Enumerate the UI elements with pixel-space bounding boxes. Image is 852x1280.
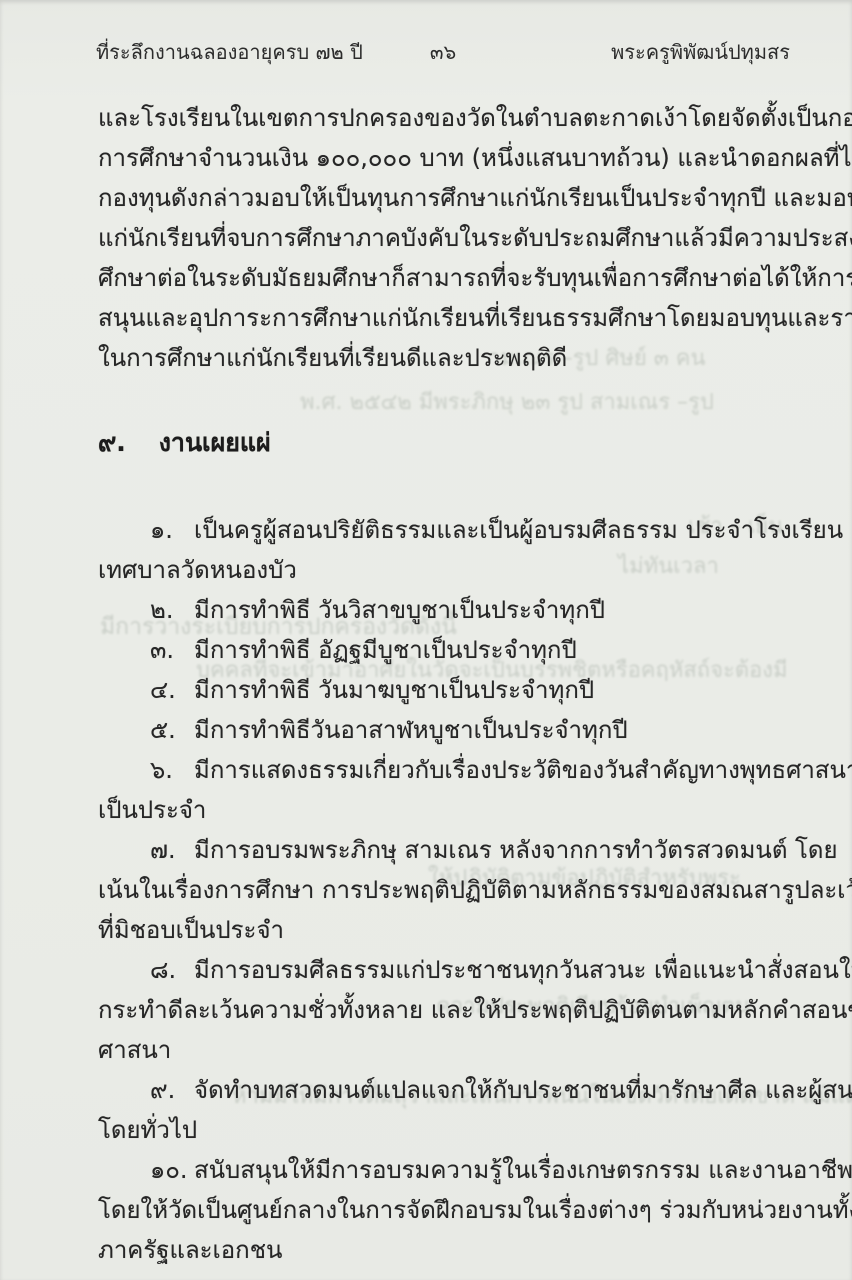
- item-continuation-line: ภาครัฐและเอกชน: [98, 1230, 790, 1270]
- list-item: ๗.มีการอบรมพระภิกษุ สามเณร หลังจากการทำว…: [98, 830, 790, 950]
- header-right-title: พระครูพิพัฒน์ปทุมสร: [456, 36, 790, 68]
- paragraph: และโรงเรียนในเขตการปกครองของวัดในตำบลตะก…: [98, 98, 790, 378]
- item-number: ๑.: [150, 510, 194, 550]
- list-item: ๑๐.สนับสนุนให้มีการอบรมความรู้ในเรื่องเก…: [98, 1150, 790, 1270]
- item-number: ๒.: [150, 590, 194, 630]
- section-heading: ๙. งานเผยแผ่: [98, 423, 790, 463]
- item-text: มีการอบรมพระภิกษุ สามเณร หลังจากการทำวัต…: [194, 836, 838, 864]
- item-first-line: ๑๐.สนับสนุนให้มีการอบรมความรู้ในเรื่องเก…: [98, 1150, 790, 1190]
- item-continuation-line: กระทำดีละเว้นความชั่วทั้งหลาย และให้ประพ…: [98, 990, 790, 1030]
- item-continuation-line: ที่มิชอบเป็นประจำ: [98, 910, 790, 950]
- item-continuation-line: ศาสนา: [98, 1030, 790, 1070]
- item-number: ๓.: [150, 630, 194, 670]
- item-first-line: ๗.มีการอบรมพระภิกษุ สามเณร หลังจากการทำว…: [98, 830, 790, 870]
- item-first-line: ๒.มีการทำพิธี วันวิสาขบูชาเป็นประจำทุกปี: [98, 590, 790, 630]
- item-first-line: ๘.มีการอบรมศีลธรรมแก่ประชาชนทุกวันสวนะ เ…: [98, 950, 790, 990]
- item-text: เป็นครูผู้สอนปริยัติธรรมและเป็นผู้อบรมศี…: [194, 516, 843, 544]
- item-text: มีการทำพิธีวันอาสาฬหบูชาเป็นประจำทุกปี: [194, 716, 628, 744]
- paragraph-line: ในการศึกษาแก่นักเรียนที่เรียนดีและประพฤต…: [98, 338, 790, 378]
- item-text: มีการทำพิธี วันมาฆบูชาเป็นประจำทุกปี: [194, 676, 594, 704]
- item-text: สนับสนุนให้มีการอบรมความรู้ในเรื่องเกษตร…: [194, 1156, 852, 1184]
- item-continuation-line: เทศบาลวัดหนองบัว: [98, 550, 790, 590]
- item-first-line: ๕.มีการทำพิธีวันอาสาฬหบูชาเป็นประจำทุกปี: [98, 710, 790, 750]
- scanned-document-page: ามเณร –รูป ศิษย์ ๓ คน พ.ศ. ๒๕๔๒ มีพระภิก…: [0, 0, 852, 1280]
- item-text: มีการทำพิธี อัฏฐมีบูชาเป็นประจำทุกปี: [194, 636, 577, 664]
- paragraph-line: แก่นักเรียนที่จบการศึกษาภาคบังคับในระดับ…: [98, 218, 790, 258]
- item-number: ๕.: [150, 710, 194, 750]
- paragraph-line: กองทุนดังกล่าวมอบให้เป็นทุนการศึกษาแก่นั…: [98, 178, 790, 218]
- item-number: ๔.: [150, 670, 194, 710]
- item-number: ๙.: [150, 1070, 194, 1110]
- item-continuation-line: โดยทั่วไป: [98, 1110, 790, 1150]
- list-item: ๔.มีการทำพิธี วันมาฆบูชาเป็นประจำทุกปี: [98, 670, 790, 710]
- list-item: ๓.มีการทำพิธี อัฏฐมีบูชาเป็นประจำทุกปี: [98, 630, 790, 670]
- item-first-line: ๑.เป็นครูผู้สอนปริยัติธรรมและเป็นผู้อบรม…: [98, 510, 790, 550]
- item-continuation-line: เป็นประจำ: [98, 790, 790, 830]
- list-item: ๘.มีการอบรมศีลธรรมแก่ประชาชนทุกวันสวนะ เ…: [98, 950, 790, 1070]
- section-number: ๙.: [98, 423, 150, 463]
- running-header: ที่ระลึกงานฉลองอายุครบ ๗๒ ปี ๓๖ พระครูพิ…: [96, 36, 790, 68]
- item-text: มีการทำพิธี วันวิสาขบูชาเป็นประจำทุกปี: [194, 596, 605, 624]
- paragraph-line: ศึกษาต่อในระดับมัธยมศึกษาก็สามารถที่จะรั…: [98, 258, 790, 298]
- paragraph-line: การศึกษาจำนวนเงิน ๑๐๐,๐๐๐ บาท (หนึ่งแสนบ…: [98, 138, 790, 178]
- paragraph-line: สนุนและอุปการะการศึกษาแก่นักเรียนที่เรีย…: [98, 298, 790, 338]
- item-number: ๗.: [150, 830, 194, 870]
- section-title: งานเผยแผ่: [159, 428, 271, 457]
- list-item: ๒.มีการทำพิธี วันวิสาขบูชาเป็นประจำทุกปี: [98, 590, 790, 630]
- item-first-line: ๖.มีการแสดงธรรมเกี่ยวกับเรื่องประวัติของ…: [98, 750, 790, 790]
- item-continuation-line: เน้นในเรื่องการศึกษา การประพฤติปฏิบัติตา…: [98, 870, 790, 910]
- item-text: มีการอบรมศีลธรรมแก่ประชาชนทุกวันสวนะ เพื…: [194, 956, 852, 984]
- item-number: ๘.: [150, 950, 194, 990]
- list-item: ๑.เป็นครูผู้สอนปริยัติธรรมและเป็นผู้อบรม…: [98, 510, 790, 590]
- header-left-title: ที่ระลึกงานฉลองอายุครบ ๗๒ ปี: [96, 36, 430, 68]
- page-body: และโรงเรียนในเขตการปกครองของวัดในตำบลตะก…: [98, 98, 790, 1270]
- numbered-list: ๑.เป็นครูผู้สอนปริยัติธรรมและเป็นผู้อบรม…: [98, 510, 790, 1270]
- list-item: ๖.มีการแสดงธรรมเกี่ยวกับเรื่องประวัติของ…: [98, 750, 790, 830]
- item-text: มีการแสดงธรรมเกี่ยวกับเรื่องประวัติของวั…: [194, 756, 852, 784]
- item-first-line: ๔.มีการทำพิธี วันมาฆบูชาเป็นประจำทุกปี: [98, 670, 790, 710]
- item-text: จัดทำบทสวดมนต์แปลแจกให้กับประชาชนที่มารั…: [194, 1076, 852, 1104]
- item-first-line: ๙.จัดทำบทสวดมนต์แปลแจกให้กับประชาชนที่มา…: [98, 1070, 790, 1110]
- page-number: ๓๖: [430, 36, 456, 68]
- list-item: ๕.มีการทำพิธีวันอาสาฬหบูชาเป็นประจำทุกปี: [98, 710, 790, 750]
- list-item: ๙.จัดทำบทสวดมนต์แปลแจกให้กับประชาชนที่มา…: [98, 1070, 790, 1150]
- paragraph-line: และโรงเรียนในเขตการปกครองของวัดในตำบลตะก…: [98, 98, 790, 138]
- item-number: ๖.: [150, 750, 194, 790]
- item-number: ๑๐.: [150, 1150, 194, 1190]
- item-first-line: ๓.มีการทำพิธี อัฏฐมีบูชาเป็นประจำทุกปี: [98, 630, 790, 670]
- item-continuation-line: โดยให้วัดเป็นศูนย์กลางในการจัดฝึกอบรมในเ…: [98, 1190, 790, 1230]
